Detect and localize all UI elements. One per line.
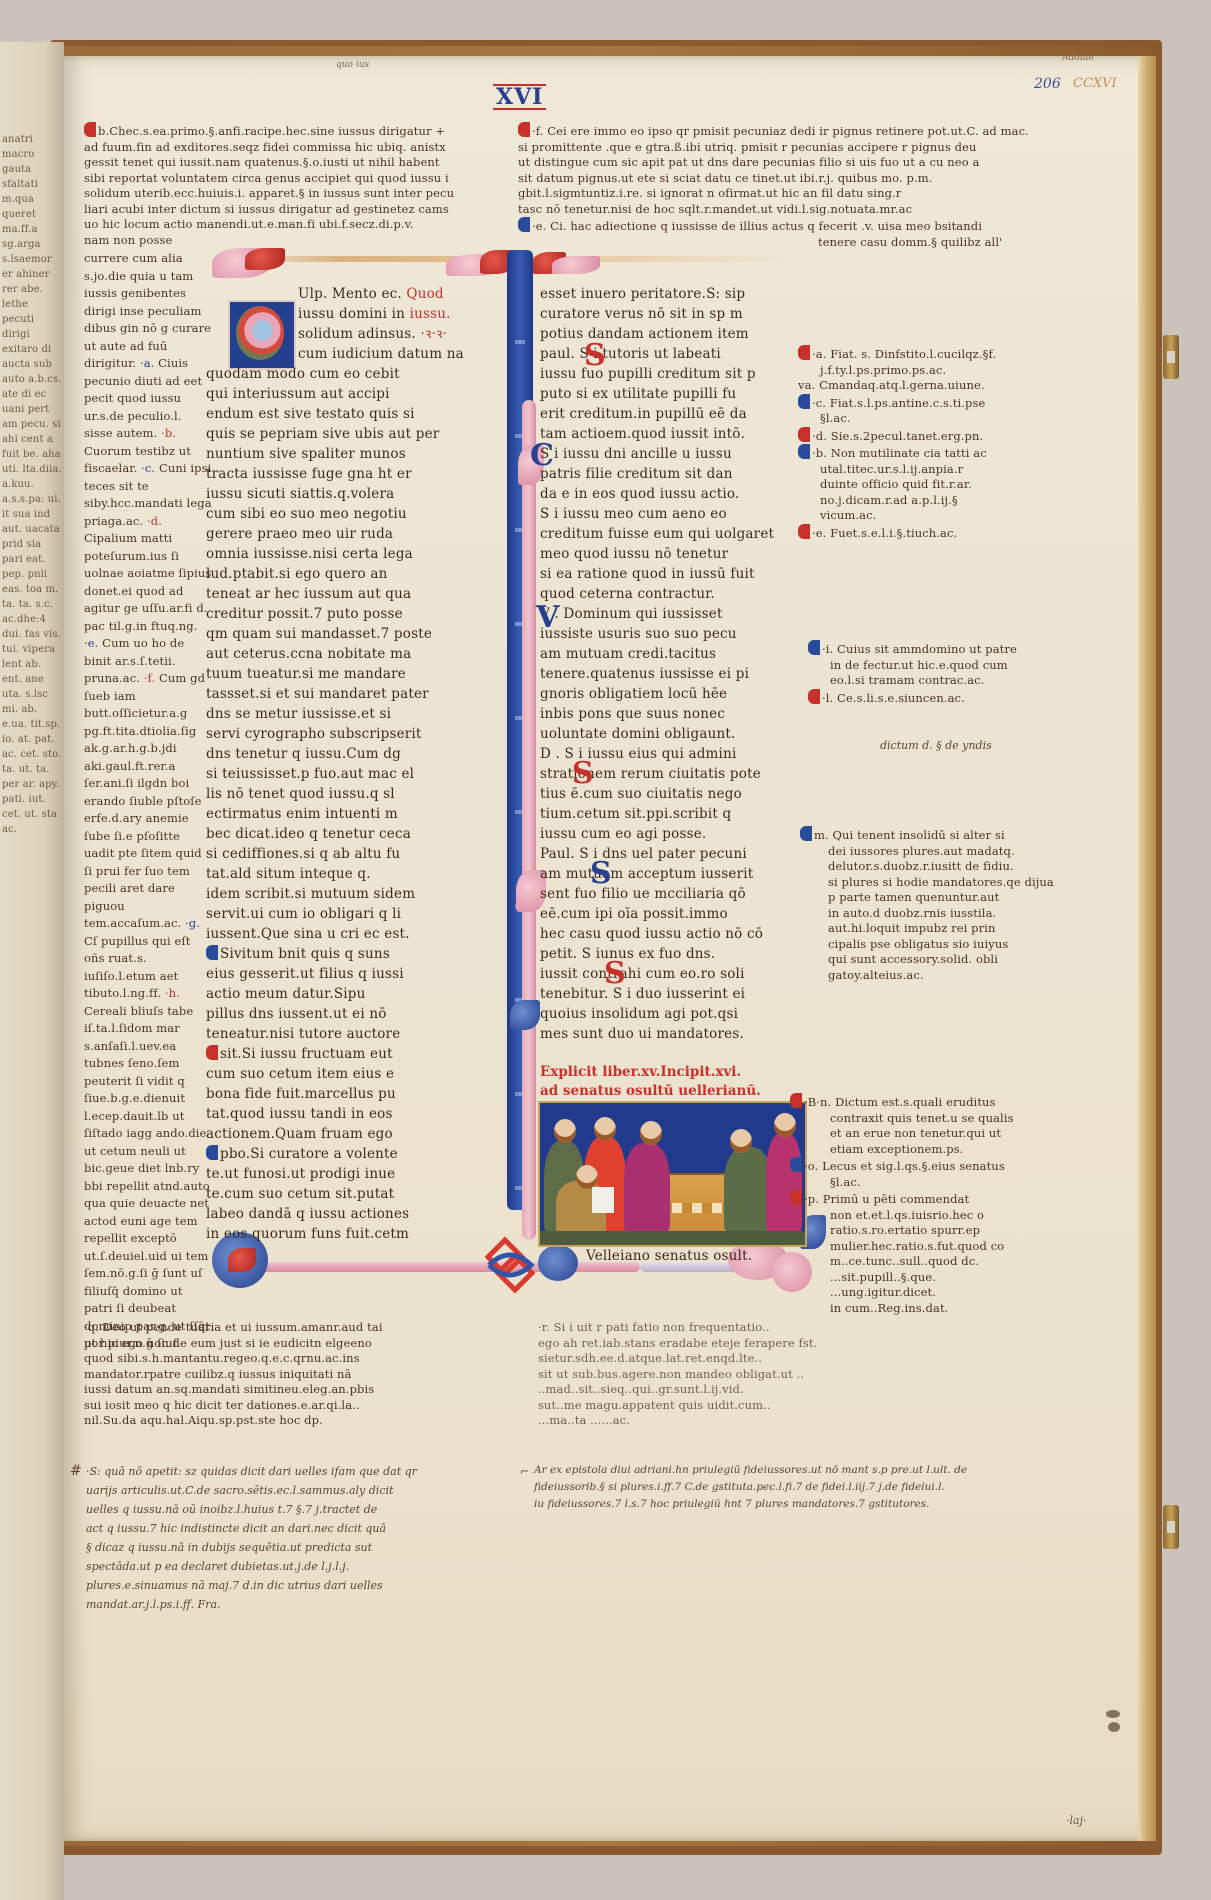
text-line: lud.ptabit.si ego quero an bbox=[206, 564, 500, 584]
blue-initial-V: V bbox=[536, 608, 559, 628]
text-line: gnoris obligatiem locū hēe bbox=[540, 684, 806, 704]
blue-scroll-icon bbox=[538, 1245, 578, 1281]
text-line: tam actioem.quod iussit intō. bbox=[540, 424, 806, 444]
gloss-line: ego ah ret.iab.stans eradabe eteje ferap… bbox=[538, 1336, 1078, 1352]
text-line: servit.ui cum io obligari q li bbox=[206, 904, 500, 924]
paragraph-mark-icon bbox=[798, 345, 810, 360]
rubricated-initial-S: S bbox=[604, 964, 626, 984]
gloss-line: ratio.s.ro.ertatio spurr.ep bbox=[790, 1223, 1090, 1239]
gloss-line: §l.ac. bbox=[790, 1175, 1090, 1191]
ink-stain-icon bbox=[1108, 1722, 1120, 1732]
gloss-line: ·o. Lecus et sig.l.qs.§.eius senatus bbox=[790, 1157, 1090, 1175]
gloss-line: sit ut sub.bus.agere.non mandeo obligat.… bbox=[538, 1367, 1078, 1383]
margin-note-dictum: dictum d. § de yndis bbox=[880, 736, 992, 755]
text-line: teneat ar hec iussum aut qua bbox=[206, 584, 500, 604]
gloss-line: va. Cmandaq.atq.l.gerna.uiune. bbox=[798, 378, 1058, 394]
text-line: bona fide fuit.marcellus pu bbox=[206, 1084, 500, 1104]
gloss-line: b.Chec.s.ea.primo.§.anfi.racipe.hec.sine… bbox=[84, 122, 504, 140]
gloss-line: contraxit quis tenet.u se qualis bbox=[790, 1111, 1090, 1127]
text-line: si ea ratione quod in iussū fuit bbox=[540, 564, 806, 584]
paragraph-mark-icon bbox=[518, 122, 530, 137]
gloss-line: ·c. Fiat.s.l.ps.antine.c.s.ti.pse bbox=[798, 394, 1058, 412]
scroll-document-icon bbox=[592, 1187, 614, 1213]
note-line: act q iussu.7 hic indistincte dicit an d… bbox=[86, 1519, 500, 1538]
gloss-right-block-n: ·B·n. Dictum est.s.quali eruditus contra… bbox=[790, 1093, 1090, 1316]
gloss-line: sui iosit meo q hic dicit ter dationes.e… bbox=[84, 1398, 504, 1414]
paragraph-mark-icon bbox=[790, 1190, 802, 1205]
text-line: inbis pons que suus nonec bbox=[540, 704, 806, 724]
note-marker-icon: ⌐ bbox=[520, 1462, 529, 1481]
running-header-book-number: XVI bbox=[493, 84, 546, 110]
gloss-line: ...ung.igitur.dicet. bbox=[790, 1285, 1090, 1301]
top-right-marginal-note: Adoble bbox=[1062, 53, 1094, 63]
text-line: te.ut funosi.ut prodigi inue bbox=[206, 1164, 500, 1184]
text-line: eē.cum ipi oīa possit.immo bbox=[540, 904, 806, 924]
gloss-line: et an erue non tenetur.qui ut bbox=[790, 1126, 1090, 1142]
decorative-pink-stem bbox=[522, 400, 536, 1240]
text-line: endum est sive testato quis si bbox=[206, 404, 500, 424]
figure-head bbox=[554, 1119, 576, 1143]
text-line: eius gesserit.ut filius q iussi bbox=[206, 964, 500, 984]
gloss-line: in de fectur.ut hic.e.quod cum bbox=[808, 658, 1068, 674]
text-line: tat.ald situm inteque q. bbox=[206, 864, 500, 884]
text-line: qm quam sui mandasset.7 poste bbox=[206, 624, 500, 644]
text-line: tuum tueatur.si me mandare bbox=[206, 664, 500, 684]
figure-head bbox=[576, 1165, 598, 1189]
gloss-line: cipalis pse obligatus sio iuiyus bbox=[800, 937, 1100, 953]
clasp-lower-icon bbox=[1163, 1505, 1179, 1549]
text-line: pbo.Si curatore a volente bbox=[206, 1144, 500, 1164]
text-line: V . Dominum qui iussisset bbox=[540, 604, 806, 624]
note-line: fideiussorib.§ si plures.i.ff.7 C.de gst… bbox=[534, 1479, 1080, 1496]
gloss-line: §l.ac. bbox=[798, 411, 1058, 427]
paragraph-mark-icon bbox=[790, 1093, 802, 1108]
gloss-line: duinte officio quid fit.r.ar. bbox=[798, 477, 1058, 493]
gloss-line: mulier.hec.ratio.s.fut.quod co bbox=[790, 1239, 1090, 1255]
gloss-line: no.j.dicam.r.ad a.p.l.ij.§ bbox=[798, 493, 1058, 509]
page-fore-edge bbox=[1138, 56, 1156, 1841]
bottom-note-right: ⌐ Ar ex epistola diui adriani.hn priuleg… bbox=[520, 1462, 1080, 1513]
gloss-top-right: ·f. Cei ere immo eo ipso qr pmisit pecun… bbox=[518, 122, 1058, 250]
text-line: teneatur.nisi tutore auctore bbox=[206, 1024, 500, 1044]
gloss-line: gessit tenet qui iussit.nam quatenus.§.o… bbox=[84, 155, 504, 171]
text-line: S i iussu dni ancille u iussu bbox=[540, 444, 806, 464]
paragraph-mark-icon bbox=[798, 427, 810, 442]
text-line: aut ceterus.ccna nobitate ma bbox=[206, 644, 500, 664]
gloss-line: ·l. Ce.s.li.s.e.siuncen.ac. bbox=[808, 689, 1068, 707]
gloss-line: tenere casu domm.§ quilibz all' bbox=[518, 235, 1058, 251]
gloss-line: sut..me magu.appatent quis uidit.cum.. bbox=[538, 1398, 1078, 1414]
gloss-line: utal.titec.ur.s.l.ij.anpia.r bbox=[798, 462, 1058, 478]
gloss-line: uo hic locum actio manendi.ut.e.man.fi u… bbox=[84, 217, 504, 233]
paragraph-mark-icon bbox=[84, 122, 96, 137]
gloss-line: ·a. Fiat. s. Dinfstito.l.cucilqz.§f. bbox=[798, 345, 1058, 363]
gloss-line: tasc nō tenetur.nisi de hoc sqlt.r.mande… bbox=[518, 202, 1058, 218]
gloss-line: p parte tamen quenuntur.aut bbox=[800, 890, 1100, 906]
text-line: omnia iussisse.nisi certa lega bbox=[206, 544, 500, 564]
miniature-floor bbox=[540, 1231, 805, 1245]
gloss-line: in auto.d duobz.rnis iusstila. bbox=[800, 906, 1100, 922]
figure-magenta-cloak bbox=[624, 1143, 670, 1233]
gloss-lower-left: ·q. Deo ut pende tuaria et ui iussum.ama… bbox=[84, 1320, 504, 1429]
text-line: iussu fuo pupilli creditum sit p bbox=[540, 364, 806, 384]
gloss-line: nam non posse bbox=[84, 233, 504, 249]
text-line: potius dandam actionem item bbox=[540, 324, 806, 344]
rubricated-initial-S: S bbox=[572, 764, 594, 784]
note-line: mandat.ar.j.l.ps.i.ff. Fra. bbox=[86, 1595, 500, 1614]
gloss-lower-right: ·r. Si i uit r pati fatio non frequentat… bbox=[538, 1320, 1078, 1429]
text-line: idem scribit.si mutuum sidem bbox=[206, 884, 500, 904]
rubric-line: Explicit liber.xv.Incipit.xvi. bbox=[540, 1063, 761, 1082]
gloss-line: aut.hi.loquit impubz rei prin bbox=[800, 921, 1100, 937]
note-line: ·S: quā nō apetit: sz quidas dicit dari … bbox=[86, 1462, 500, 1481]
note-line: spectāda.ut p ea declaret dubietas.ut.j.… bbox=[86, 1557, 500, 1576]
paragraph-mark-icon bbox=[518, 217, 530, 232]
text-line: mes sunt duo ui mandatores. bbox=[540, 1024, 806, 1044]
ink-stain-icon bbox=[1106, 1710, 1120, 1718]
main-text-right-column: esset inuero peritatore.S: sip curatore … bbox=[540, 284, 806, 1044]
text-line: paul. S i tutoris ut labeati bbox=[540, 344, 806, 364]
gloss-right-block-i: ·i. Cuius sit ammdomino ut patre in de f… bbox=[808, 640, 1068, 706]
text-line: hec casu quod iussu actio nō cō bbox=[540, 924, 806, 944]
text-line: cum sibi eo suo meo negotiu bbox=[206, 504, 500, 524]
text-line: qui interiussum aut accipi bbox=[206, 384, 500, 404]
text-line: esset inuero peritatore.S: sip bbox=[540, 284, 806, 304]
acanthus-leaf-icon bbox=[552, 256, 600, 274]
text-line: patris filie creditum sit dan bbox=[540, 464, 806, 484]
text-line: solidum adinsus. ·ꝛ·ꝛ· bbox=[246, 324, 500, 344]
text-line: erit creditum.in pupillū eē da bbox=[540, 404, 806, 424]
gloss-line: m. Qui tenent insolidū si alter si bbox=[800, 826, 1100, 844]
gloss-line: quod sibi.s.h.mantantu.regeo.q.e.c.qrnu.… bbox=[84, 1351, 504, 1367]
text-line: cum iudicium datum na bbox=[246, 344, 500, 364]
acanthus-leaf-icon bbox=[245, 248, 285, 270]
previous-page-edge: anatri macro gauta sfaltati m.qua queret… bbox=[0, 42, 64, 1900]
gloss-line: ...ma..ta ......ac. bbox=[538, 1413, 1078, 1429]
blue-initial-S: S bbox=[590, 864, 612, 884]
red-leaf-icon bbox=[228, 1248, 256, 1272]
text-line: am mutuam credi.tacitus bbox=[540, 644, 806, 664]
gloss-line: ·e. Fuet.s.e.l.i.§.tiuch.ac. bbox=[798, 524, 1058, 542]
gloss-line: delutor.s.duobz.r.iusitt de fidiu. bbox=[800, 859, 1100, 875]
gloss-line: ·B·n. Dictum est.s.quali eruditus bbox=[790, 1093, 1090, 1111]
book-number-text: XVI bbox=[496, 84, 543, 110]
rubricated-initial-S: S bbox=[584, 346, 606, 366]
paragraph-mark-icon bbox=[800, 826, 812, 841]
text-line: petit. S iunus ex fuo dns. bbox=[540, 944, 806, 964]
gloss-line: gatoy.alteius.ac. bbox=[800, 968, 1100, 984]
text-line: uoluntate domini obligaunt. bbox=[540, 724, 806, 744]
gloss-line: ad fuum.fin ad exditores.seqz fidei comm… bbox=[84, 140, 504, 156]
gloss-line: si promittente .que e gtra.ß.ibi utriq. … bbox=[518, 140, 1058, 156]
gloss-line: m..ce.tunc..sull..quod dc. bbox=[790, 1254, 1090, 1270]
text-line: meo quod iussu nō tenetur bbox=[540, 544, 806, 564]
gloss-line: ...sit.pupill..§.que. bbox=[790, 1270, 1090, 1286]
text-line: Paul. S i dns uel pater pecuni bbox=[540, 844, 806, 864]
text-line: tium.cetum sit.ppi.scribit q bbox=[540, 804, 806, 824]
paragraph-mark-icon bbox=[798, 524, 810, 539]
acanthus-leaf-icon bbox=[510, 1000, 540, 1030]
text-line: labeo dandā q iussu actiones bbox=[206, 1204, 500, 1224]
text-line: dns se metur iussisse.et si bbox=[206, 704, 500, 724]
text-line: iussu sicuti siattis.q.volera bbox=[206, 484, 500, 504]
text-line: am mutuam acceptum iusserit bbox=[540, 864, 806, 884]
gloss-line: mandator.rpatre cuilibz.q iussus iniquit… bbox=[84, 1367, 504, 1383]
folio-roman-numeral: CCXVI bbox=[1073, 76, 1117, 91]
gloss-right-block-m: m. Qui tenent insolidū si alter si dei i… bbox=[800, 826, 1100, 983]
gloss-line: ..mad..sit..sieq..qui..gr.sunt.l.ij.vid. bbox=[538, 1382, 1078, 1398]
text-line: te.cum suo cetum sit.putat bbox=[206, 1184, 500, 1204]
gloss-line: etiam exceptionem.ps. bbox=[790, 1142, 1090, 1158]
text-line: puto si ex utilitate pupilli fu bbox=[540, 384, 806, 404]
text-line: dns tenetur q iussu.Cum dg bbox=[206, 744, 500, 764]
rubric-line: ad senatus osultū uellerianū. bbox=[540, 1082, 761, 1101]
gloss-line: non et.et.l.qs.iuisrio.hec o bbox=[790, 1208, 1090, 1224]
text-line: tat.quod iussu tandi in eos bbox=[206, 1104, 500, 1124]
text-line: in eos.quorum funs fuit.cetm bbox=[206, 1224, 500, 1244]
gloss-line: solidum uterib.ecc.huiuis.i. apparet.§ i… bbox=[84, 186, 504, 202]
figure-head bbox=[594, 1117, 616, 1141]
gloss-line: ·b. Non mutilinate cia tatti ac bbox=[798, 444, 1058, 462]
text-line: quodam modo cum eo cebit bbox=[206, 364, 500, 384]
text-line: ectirmatus enim intuenti m bbox=[206, 804, 500, 824]
text-line: sent fuo filio ue mcciliaria qō bbox=[540, 884, 806, 904]
text-line: actionem.Quam fruam ego bbox=[206, 1124, 500, 1144]
gloss-line: ·e. Ci. hac adiectione q iussisse de ill… bbox=[518, 217, 1058, 235]
text-line: gerere praeo meo uir ruda bbox=[206, 524, 500, 544]
gloss-line: ·d. Sie.s.2pecul.tanet.erg.pn. bbox=[798, 427, 1058, 445]
gloss-line: ·r. Si i uit r pati fatio non frequentat… bbox=[538, 1320, 1078, 1336]
paragraph-mark-icon bbox=[206, 1145, 218, 1160]
gloss-line: ·p. Primū u pēti commendat bbox=[790, 1190, 1090, 1208]
text-line: creditur possit.7 puto posse bbox=[206, 604, 500, 624]
text-line: quoius insolidum agi pot.qsi bbox=[540, 1004, 806, 1024]
figure-head bbox=[640, 1121, 662, 1145]
paragraph-mark-icon bbox=[798, 394, 810, 409]
text-line: bec dicat.ideo q tenetur ceca bbox=[206, 824, 500, 844]
figure-green-cloak bbox=[724, 1147, 772, 1233]
text-line: tassset.si et sui mandaret pater bbox=[206, 684, 500, 704]
text-line: curatore verus nō sit in sp m bbox=[540, 304, 806, 324]
paragraph-mark-icon bbox=[808, 640, 820, 655]
gloss-line: gbit.l.sigmtuntiz.i.re. si ignorat n ofi… bbox=[518, 186, 1058, 202]
text-line: lis nō tenet quod iussu.q sl bbox=[206, 784, 500, 804]
gloss-left-margin: currere cum alia s.jo.die quia u tam ius… bbox=[84, 250, 214, 1353]
note-line: Ar ex epistola diui adriani.hn priulegiū… bbox=[534, 1462, 1080, 1479]
paragraph-mark-icon bbox=[206, 945, 218, 960]
gloss-line: dei iussores plures.aut madatq. bbox=[800, 844, 1100, 860]
blue-initial-C: C bbox=[530, 446, 554, 466]
text-line: Ulp. Mento ec. Quod bbox=[246, 284, 500, 304]
text-line: iussent.Que sina u cri ec est. bbox=[206, 924, 500, 944]
text-line: creditum fuisse eum qui uolgaret bbox=[540, 524, 806, 544]
gloss-line: vicum.ac. bbox=[798, 508, 1058, 524]
text-line: quis se pepriam sive ubis aut per bbox=[206, 424, 500, 444]
paragraph-mark-icon bbox=[808, 689, 820, 704]
gloss-top-left: b.Chec.s.ea.primo.§.anfi.racipe.hec.sine… bbox=[84, 122, 504, 248]
text-line: pillus dns iussent.ut ei nō bbox=[206, 1004, 500, 1024]
text-line: tenere.quatenus iussisse ei pi bbox=[540, 664, 806, 684]
clasp-upper-icon bbox=[1163, 335, 1179, 379]
note-line: uelles q iussu.nā oū inoibz.l.huius t.7 … bbox=[86, 1500, 500, 1519]
gloss-line: j.f.ty.l.ps.primo.ps.ac. bbox=[798, 363, 1058, 379]
paragraph-mark-icon bbox=[790, 1157, 802, 1172]
text-line: actio meum datur.Sipu bbox=[206, 984, 500, 1004]
gloss-line: ·i. Cuius sit ammdomino ut patre bbox=[808, 640, 1068, 658]
text-line: iussiste usuris suo suo pecu bbox=[540, 624, 806, 644]
text-line: iussit contrahi cum eo.ro soli bbox=[540, 964, 806, 984]
gloss-line: eo.l.si tramam contrac.ac. bbox=[808, 673, 1068, 689]
miniature-painting bbox=[538, 1101, 807, 1247]
text-line: quod ceterna contractur. bbox=[540, 584, 806, 604]
note-line: § dicaz q iussu.nā in dubijs sequētia.ut… bbox=[86, 1538, 500, 1557]
text-line: si cediffiones.si q ab altu fu bbox=[206, 844, 500, 864]
text-line: da e in eos quod iussu actio. bbox=[540, 484, 806, 504]
note-line: iu fideiussores.7 l.s.7 hoc priulegiū hn… bbox=[534, 1496, 1080, 1513]
text-line: nuntium sive spaliter munos bbox=[206, 444, 500, 464]
text-line: S i iussu meo cum aeno eo bbox=[540, 504, 806, 524]
text-line-velleiano: Velleiano senatus osult. bbox=[586, 1246, 752, 1266]
text-line: iussu domini in iussu. bbox=[246, 304, 500, 324]
gloss-line: in cum..Reg.ins.dat. bbox=[790, 1301, 1090, 1317]
gloss-line: liari acubi inter dictum si iussus dirig… bbox=[84, 202, 504, 218]
gloss-line: si plures si hodie mandatores.qe dijua bbox=[800, 875, 1100, 891]
gloss-right-block-a: ·a. Fiat. s. Dinfstito.l.cucilqz.§f. j.f… bbox=[798, 345, 1058, 541]
gloss-line: qui sunt accessory.solid. obli bbox=[800, 952, 1100, 968]
text-line: cum suo cetum item eius e bbox=[206, 1064, 500, 1084]
gloss-line: sietur.sdh.ee.d.atque.lat.ret.enqd.lte.. bbox=[538, 1351, 1078, 1367]
gloss-line: ·q. Deo ut pende tuaria et ui iussum.ama… bbox=[84, 1320, 504, 1336]
gloss-line: ut hic ego non de eum just si ie eudicit… bbox=[84, 1336, 504, 1352]
text-line: tracta iussisse fuge gna ht er bbox=[206, 464, 500, 484]
bottom-note-left: # ·S: quā nō apetit: sz quidas dicit dar… bbox=[70, 1462, 500, 1614]
gloss-line: ut distingue cum sic apit pat ut dns dar… bbox=[518, 155, 1058, 171]
rubric-explicit-incipit: Explicit liber.xv.Incipit.xvi. ad senatu… bbox=[540, 1063, 761, 1101]
text-line: Sivitum bnit quis q suns bbox=[206, 944, 500, 964]
text-line: sit.Si iussu fructuam eut bbox=[206, 1044, 500, 1064]
text-line: iussu cum eo agi posse. bbox=[540, 824, 806, 844]
gloss-line: ·f. Cei ere immo eo ipso qr pmisit pecun… bbox=[518, 122, 1058, 140]
note-line: plures.e.sinuamus nā maj.7 d.in dic utri… bbox=[86, 1576, 500, 1595]
gloss-line: sibi reportat voluntatem circa genus acc… bbox=[84, 171, 504, 187]
quire-signature: ·laj· bbox=[1066, 1814, 1086, 1827]
note-marker-icon: # bbox=[70, 1462, 82, 1481]
gloss-line: nil.Su.da aqu.hal.Aiqu.sp.pst.ste hoc dp… bbox=[84, 1413, 504, 1429]
interlace-knot-icon bbox=[485, 1235, 535, 1295]
paragraph-mark-icon bbox=[798, 444, 810, 459]
main-text-left-column: Ulp. Mento ec. Quod iussu domini in iuss… bbox=[246, 284, 500, 1244]
top-marginal-note: quo ius bbox=[336, 60, 369, 70]
text-line: servi cyrographo subscripserit bbox=[206, 724, 500, 744]
folio-number: 206 bbox=[1034, 76, 1061, 92]
gloss-line: sit datum pignus.ut ete si sciat datu ce… bbox=[518, 171, 1058, 187]
figure-head bbox=[730, 1129, 752, 1153]
note-line: uarijs articulis.ut.C.de sacro.sētis.ec.… bbox=[86, 1481, 500, 1500]
text-line: tenebitur. S i duo iusserint ei bbox=[540, 984, 806, 1004]
gloss-line: iussi datum an.sq.mandati simitineu.eleg… bbox=[84, 1382, 504, 1398]
text-line: si teiussisset.p fuo.aut mac el bbox=[206, 764, 500, 784]
paragraph-mark-icon bbox=[206, 1045, 218, 1060]
